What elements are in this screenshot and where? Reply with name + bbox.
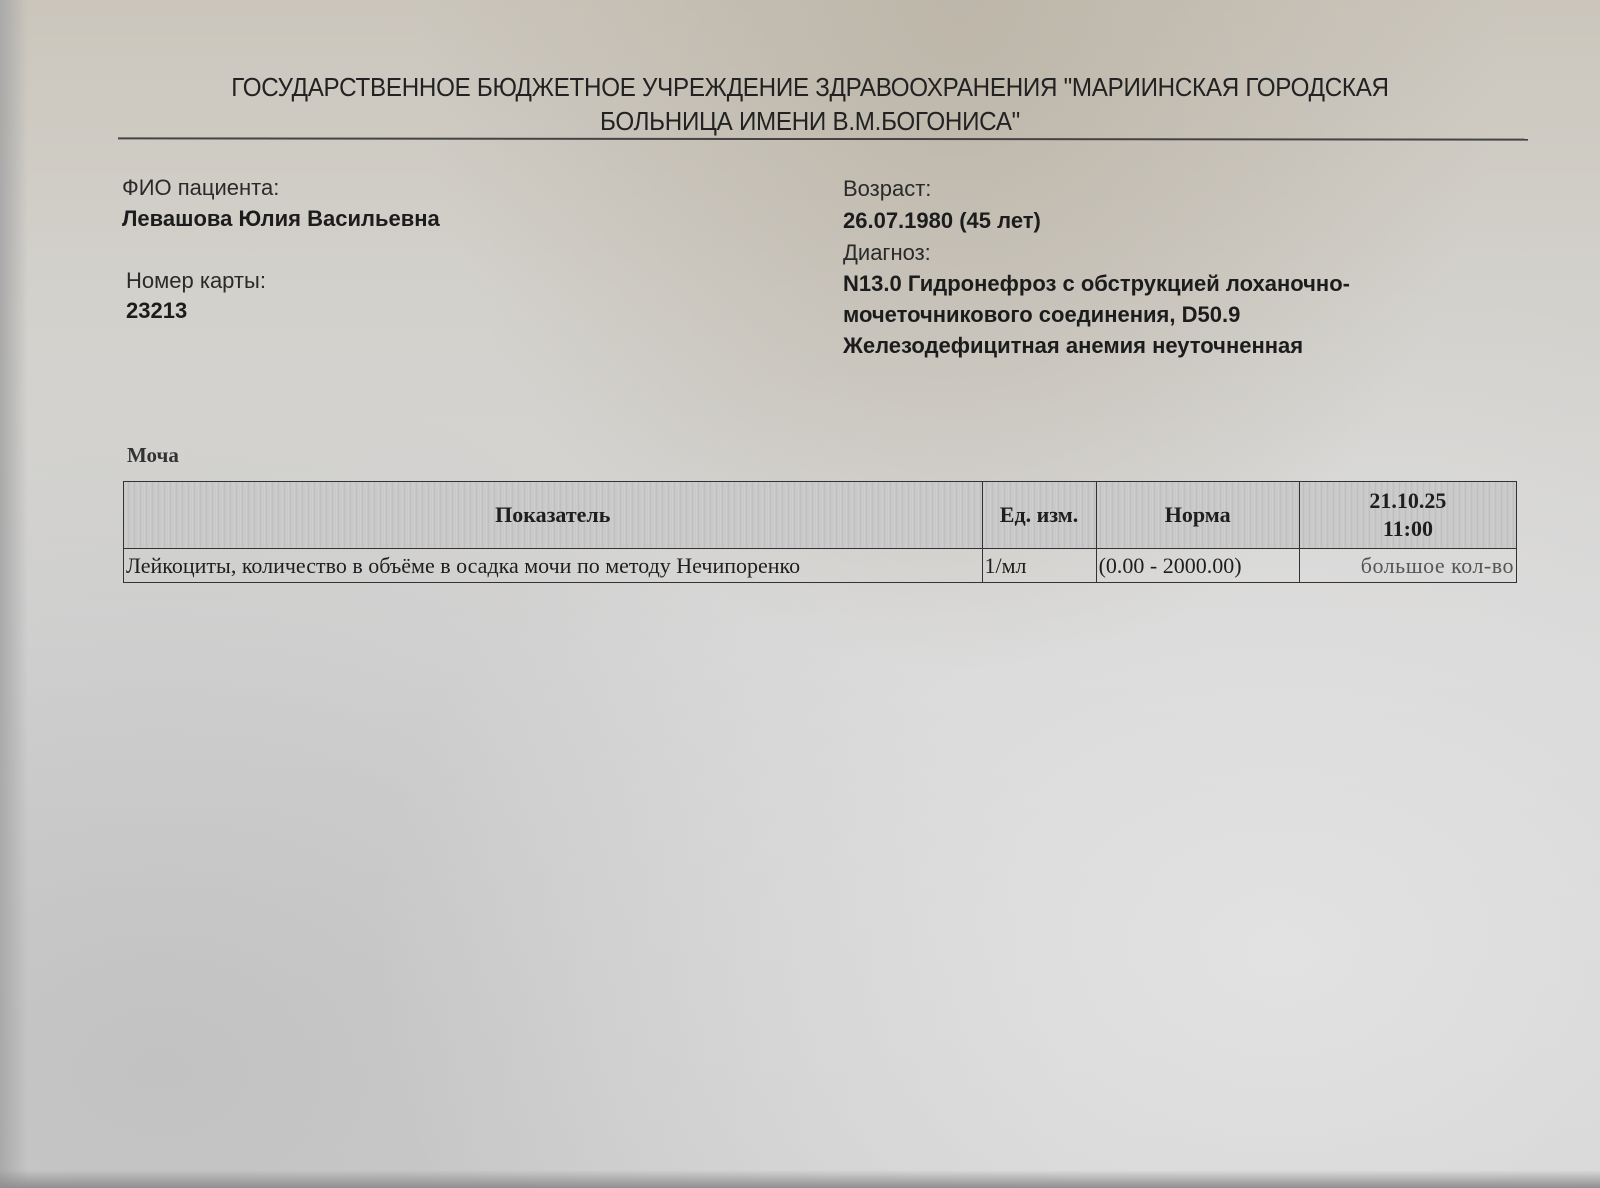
patient-name-label: ФИО пациента:: [122, 175, 279, 201]
age-value: 26.07.1980 (45 лет): [843, 208, 1041, 234]
results-table: Показатель Ед. изм. Норма 21.10.25 11:00…: [123, 481, 1517, 583]
paper-shadow-bottom: [0, 1170, 1600, 1188]
cell-result-value: большое кол-во: [1299, 549, 1516, 583]
column-header-date-value: 21.10.25: [1301, 487, 1515, 515]
section-title-urine: Моча: [127, 443, 179, 468]
diagnosis-line-1: N13.0 Гидронефроз с обструкцией лоханочн…: [843, 271, 1350, 297]
paper-shadow-left: [0, 0, 28, 1188]
table-row: Лейкоциты, количество в объёме в осадка …: [124, 549, 1517, 583]
column-header-norm: Норма: [1096, 482, 1299, 549]
column-header-unit: Ед. изм.: [982, 482, 1096, 549]
column-header-indicator: Показатель: [124, 482, 983, 549]
card-number-label: Номер карты:: [126, 268, 266, 294]
diagnosis-line-3: Железодефицитная анемия неуточненная: [843, 333, 1303, 359]
card-number: 23213: [126, 298, 187, 324]
column-header-time-value: 11:00: [1301, 515, 1515, 543]
organization-title: ГОСУДАРСТВЕННОЕ БЮДЖЕТНОЕ УЧРЕЖДЕНИЕ ЗДР…: [168, 70, 1451, 138]
table-header-row: Показатель Ед. изм. Норма 21.10.25 11:00: [124, 482, 1517, 549]
diagnosis-line-2: мочеточникового соединения, D50.9: [843, 302, 1240, 328]
cell-indicator: Лейкоциты, количество в объёме в осадка …: [124, 549, 983, 583]
patient-name: Левашова Юлия Васильевна: [122, 206, 440, 232]
cell-unit: 1/мл: [982, 549, 1096, 583]
column-header-date: 21.10.25 11:00: [1299, 482, 1516, 549]
diagnosis-label: Диагноз:: [843, 240, 931, 266]
cell-norm: (0.00 - 2000.00): [1096, 549, 1299, 583]
age-label: Возраст:: [843, 176, 931, 202]
